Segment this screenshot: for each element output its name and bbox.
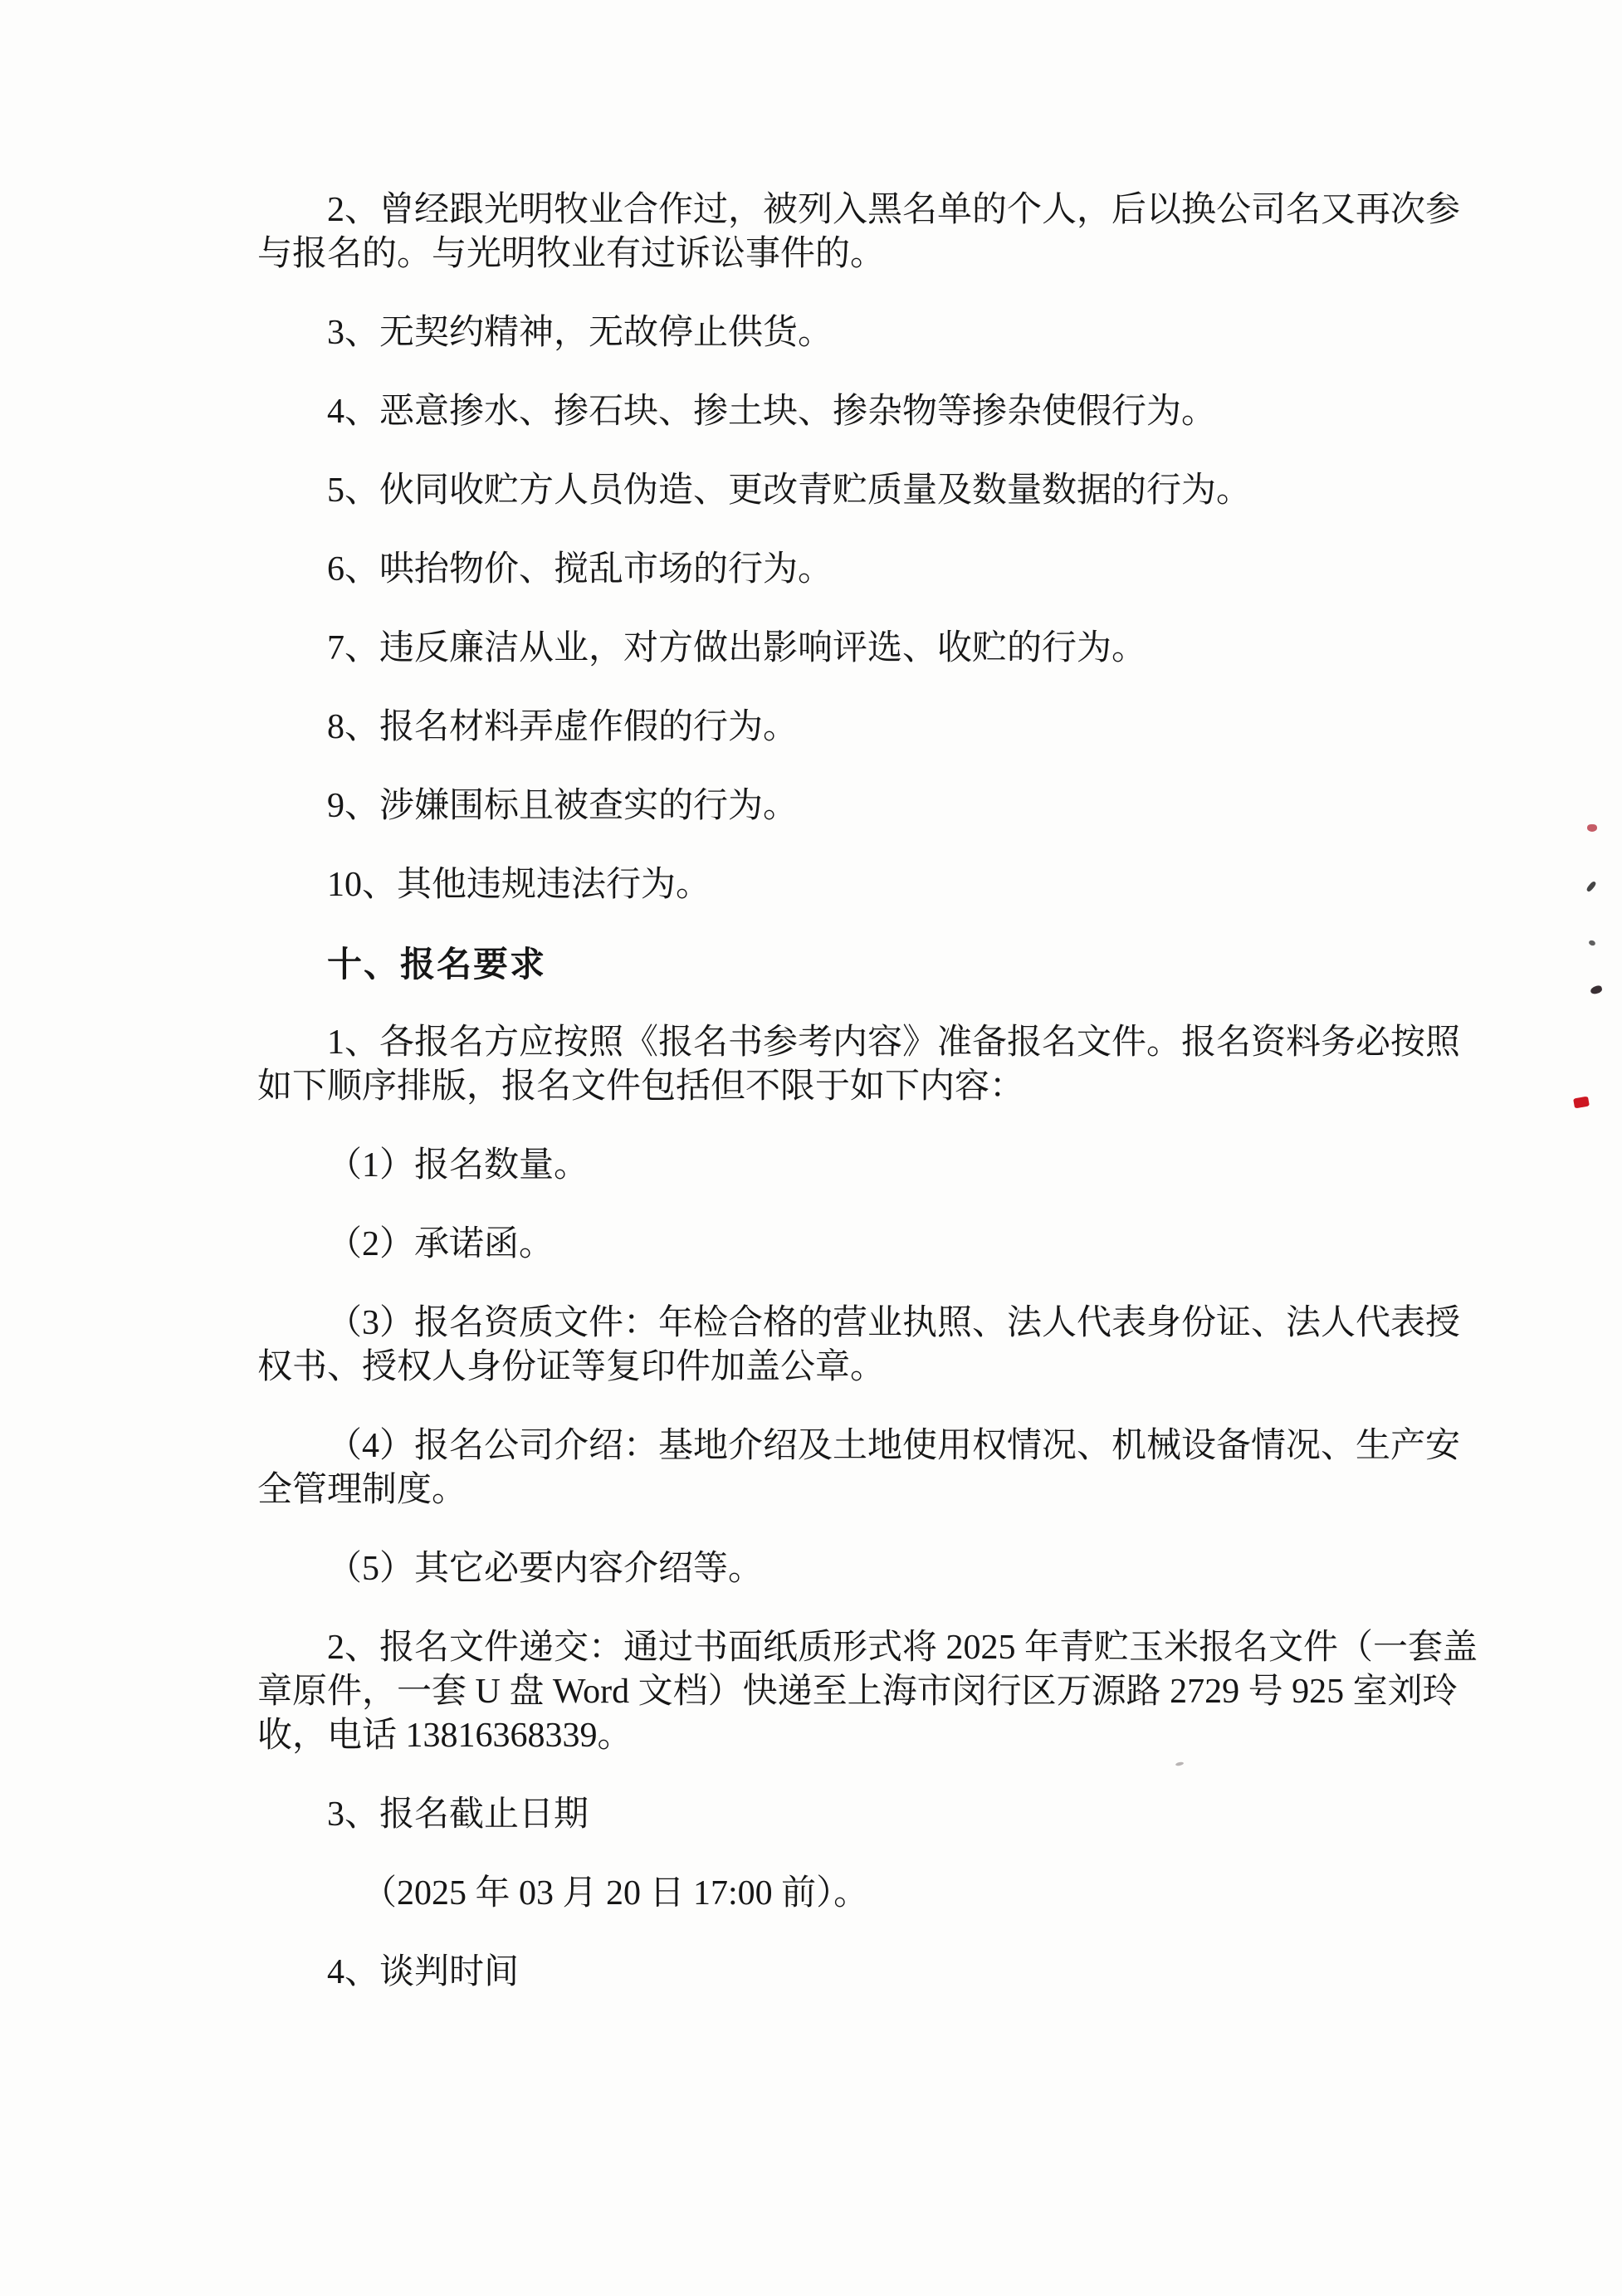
document-body: 2、曾经跟光明牧业合作过，被列入黑名单的个人，后以换公司名又再次参 与报名的。与… — [257, 188, 1419, 2030]
text-line: 2、曾经跟光明牧业合作过，被列入黑名单的个人，后以换公司名又再次参 — [257, 188, 1419, 232]
requirement-1-sub-4: （4）报名公司介绍：基地介绍及土地使用权情况、机械设备情况、生产安 全管理制度。 — [257, 1424, 1419, 1512]
requirement-1-sub-3: （3）报名资质文件：年检合格的营业执照、法人代表身份证、法人代表授 权书、授权人… — [257, 1302, 1419, 1390]
clause-blacklist-9: 9、涉嫌围标且被查实的行为。 — [257, 784, 1419, 828]
requirement-2-submission: 2、报名文件递交：通过书面纸质形式将 2025 年青贮玉米报名文件（一套盖 章原… — [257, 1626, 1419, 1758]
text-line: （3）报名资质文件：年检合格的营业执照、法人代表身份证、法人代表授 — [257, 1302, 1419, 1346]
document-page: 2、曾经跟光明牧业合作过，被列入黑名单的个人，后以换公司名又再次参 与报名的。与… — [0, 0, 1622, 2296]
scan-speck-dark-comma — [1590, 984, 1603, 994]
scan-speck-dark-slash — [1585, 881, 1597, 893]
text-line: 8、报名材料弄虚作假的行为。 — [257, 706, 1419, 750]
requirement-3-deadline-date: （2025 年 03 月 20 日 17:00 前）。 — [257, 1872, 1419, 1916]
text-line: 4、谈判时间 — [257, 1951, 1419, 1995]
requirement-3-deadline: 3、报名截止日期 — [257, 1793, 1419, 1837]
text-line: 9、涉嫌围标且被查实的行为。 — [257, 784, 1419, 828]
text-line: 3、无契约精神，无故停止供货。 — [257, 311, 1419, 355]
text-line: 5、伙同收贮方人员伪造、更改青贮质量及数量数据的行为。 — [257, 469, 1419, 513]
requirement-4-negotiation-time: 4、谈判时间 — [257, 1951, 1419, 1995]
text-line: （1）报名数量。 — [257, 1144, 1419, 1188]
clause-blacklist-10: 10、其他违规违法行为。 — [257, 863, 1419, 907]
scan-speck-dark-dot — [1588, 940, 1596, 946]
text-line: 10、其他违规违法行为。 — [257, 863, 1419, 907]
text-line: 6、哄抬物价、搅乱市场的行为。 — [257, 548, 1419, 592]
clause-blacklist-5: 5、伙同收贮方人员伪造、更改青贮质量及数量数据的行为。 — [257, 469, 1419, 513]
text-line: 章原件，一套 U 盘 Word 文档）快递至上海市闵行区万源路 2729 号 9… — [257, 1670, 1419, 1714]
text-line: （2）承诺函。 — [257, 1223, 1419, 1267]
deadline-date-text: （2025 年 03 月 20 日 17:00 前）。 — [257, 1872, 1419, 1916]
text-line: 3、报名截止日期 — [257, 1793, 1419, 1837]
requirement-1: 1、各报名方应按照《报名书参考内容》准备报名文件。报名资料务必按照 如下顺序排版… — [257, 1021, 1419, 1109]
clause-blacklist-2: 2、曾经跟光明牧业合作过，被列入黑名单的个人，后以换公司名又再次参 与报名的。与… — [257, 188, 1419, 276]
requirement-1-sub-1: （1）报名数量。 — [257, 1144, 1419, 1188]
text-line: 4、恶意掺水、掺石块、掺土块、掺杂物等掺杂使假行为。 — [257, 390, 1419, 434]
requirement-1-sub-2: （2）承诺函。 — [257, 1223, 1419, 1267]
text-line: 与报名的。与光明牧业有过诉讼事件的。 — [257, 232, 1419, 276]
clause-blacklist-8: 8、报名材料弄虚作假的行为。 — [257, 706, 1419, 750]
requirement-1-sub-5: （5）其它必要内容介绍等。 — [257, 1547, 1419, 1591]
clause-blacklist-4: 4、恶意掺水、掺石块、掺土块、掺杂物等掺杂使假行为。 — [257, 390, 1419, 434]
text-line: （4）报名公司介绍：基地介绍及土地使用权情况、机械设备情况、生产安 — [257, 1424, 1419, 1468]
text-line: 7、违反廉洁从业，对方做出影响评选、收贮的行为。 — [257, 627, 1419, 671]
text-line: 权书、授权人身份证等复印件加盖公章。 — [257, 1346, 1419, 1390]
text-line: 如下顺序排版，报名文件包括但不限于如下内容： — [257, 1065, 1419, 1109]
text-line: 全管理制度。 — [257, 1468, 1419, 1512]
text-line: 收，电话 13816368339。 — [257, 1714, 1419, 1758]
section-heading-registration-requirements: 十、报名要求 — [257, 942, 1419, 986]
text-line: 1、各报名方应按照《报名书参考内容》准备报名文件。报名资料务必按照 — [257, 1021, 1419, 1065]
clause-blacklist-7: 7、违反廉洁从业，对方做出影响评选、收贮的行为。 — [257, 627, 1419, 671]
text-line: 2、报名文件递交：通过书面纸质形式将 2025 年青贮玉米报名文件（一套盖 — [257, 1626, 1419, 1670]
section-heading-text: 十、报名要求 — [257, 942, 1419, 986]
text-line: （5）其它必要内容介绍等。 — [257, 1547, 1419, 1591]
scan-speck-red-block — [1573, 1097, 1590, 1109]
clause-blacklist-3: 3、无契约精神，无故停止供货。 — [257, 311, 1419, 355]
clause-blacklist-6: 6、哄抬物价、搅乱市场的行为。 — [257, 548, 1419, 592]
scan-speck-red-small — [1587, 824, 1597, 832]
